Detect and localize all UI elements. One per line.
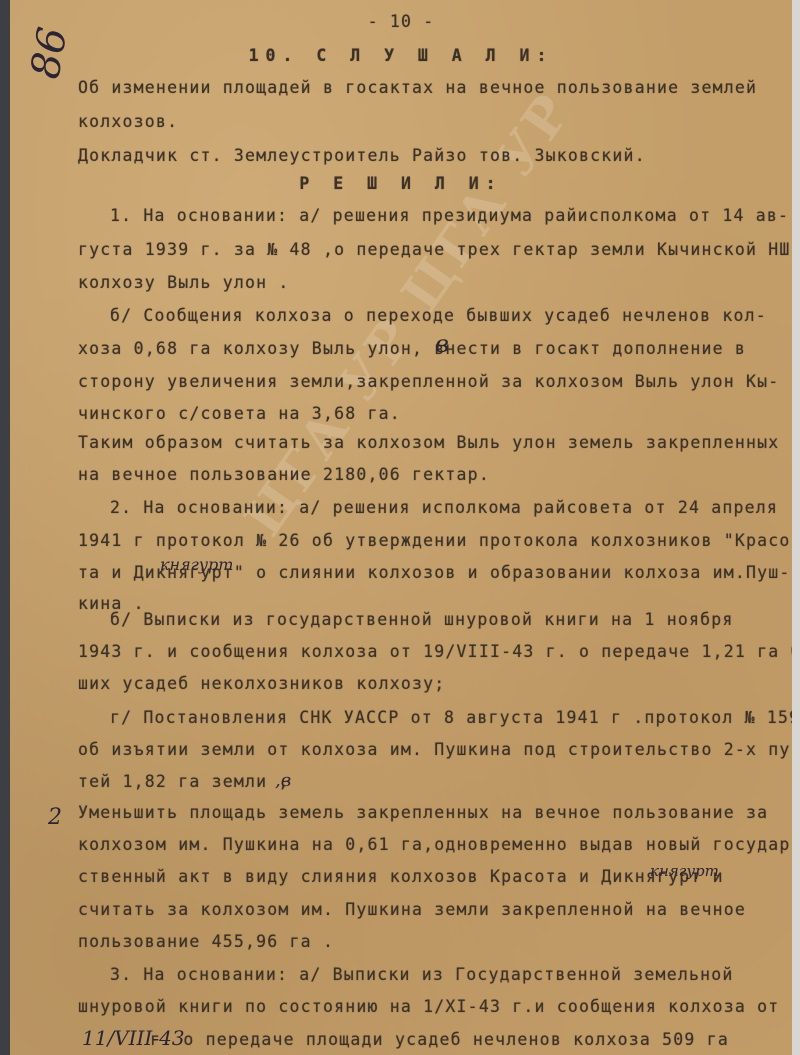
body-line: г/ Постановления СНК УАССР от 8 августа …: [110, 708, 792, 727]
handwritten-correction: княгурт: [650, 862, 719, 880]
body-line: шнуровой книги по состоянию на 1/XI-43 г…: [78, 997, 779, 1016]
body-line: Уменьшить площадь земель закрепленных на…: [78, 803, 768, 822]
handwritten-date: 11/VIII-43: [82, 1026, 185, 1050]
page-edge: [792, 0, 800, 1055]
margin-mark: 2: [48, 805, 62, 830]
body-line: б/ Выписки из государственной шнуровой к…: [110, 610, 734, 629]
body-line: 1943 г. и сообщения колхоза от 19/VIII-4…: [78, 642, 792, 661]
body-line: об изъятии земли от колхоза им. Пушкина …: [78, 740, 792, 759]
subject-line-1: Об изменении площадей в госактах на вечн…: [78, 78, 757, 97]
body-line: б/ Сообщения колхоза о переходе бывших у…: [110, 306, 767, 325]
body-line: колхозу Выль улон .: [78, 273, 290, 292]
page-number: - 10 -: [10, 12, 792, 31]
body-line: чинского с/совета на 3,68 га.: [78, 404, 401, 423]
body-line: хоза 0,68 га колхозу Выль улон, внести в…: [78, 339, 746, 358]
body-line: тей 1,82 га земли ,: [78, 772, 290, 791]
body-line: густа 1939 г. за № 48 ,о передаче трех г…: [78, 240, 791, 259]
body-line: сторону увеличения земли,закрепленной за…: [78, 372, 779, 391]
heading-heard: 10. С Л У Ш А Л И:: [10, 46, 792, 65]
body-line: ственный акт в виду слияния колхозов Кра…: [78, 867, 724, 886]
body-line: 1941 г протокол № 26 об утверждении прот…: [78, 531, 792, 550]
body-line: ших усадеб неколхозников колхозу;: [78, 674, 445, 693]
document-page: ЦГА УР ЦГА УР - 10 - 10. С Л У Ш А Л И: …: [10, 0, 792, 1055]
handwritten-mark: ,в: [275, 770, 291, 791]
body-line: считать за колхозом им. Пушкина земли за…: [78, 900, 746, 919]
body-line: колхозом им. Пушкина на 0,61 га,одноврем…: [78, 835, 792, 854]
body-line: г. о передаче площади усадеб нечленов ко…: [150, 1030, 729, 1049]
body-line: пользование 455,96 га .: [78, 932, 334, 951]
margin-page-number: 86: [22, 24, 76, 82]
body-line: 2. На основании: а/ решения исполкома ра…: [110, 498, 778, 517]
handwritten-insert: в: [435, 330, 449, 358]
heading-decided: Р Е Ш И Л И:: [10, 174, 792, 193]
body-line: на вечное пользование 2180,06 гектар.: [78, 465, 490, 484]
speaker-line: Докладчик ст. Землеустроитель Райзо тов.…: [78, 146, 646, 165]
subject-line-2: колхозов.: [78, 112, 178, 131]
handwritten-correction: княгурт: [160, 555, 233, 574]
body-line: 1. На основании: а/ решения президиума р…: [110, 206, 789, 225]
body-line: Таким образом считать за колхозом Выль у…: [78, 433, 779, 452]
body-line: 3. На основании: а/ Выписки из Государст…: [110, 965, 734, 984]
